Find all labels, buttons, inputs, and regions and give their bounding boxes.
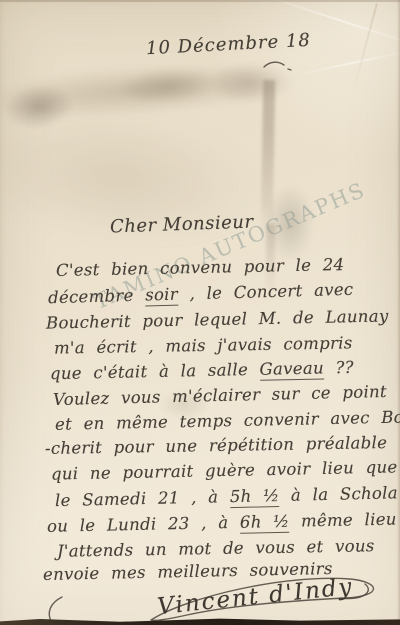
letter-line: décembre soir , le Concert avec xyxy=(48,280,354,308)
letter-line: m'a écrit , mais j'avais compris xyxy=(54,333,353,357)
letter-line: C'est bien convenu pour le 24 xyxy=(56,255,345,280)
letter-line-segment: même lieu . xyxy=(289,509,400,531)
letter-line-segment: décembre xyxy=(48,286,146,308)
letter-line-segment: m'a écrit , mais j'avais compris xyxy=(54,333,353,357)
letter-line-segment-underlined: 5h ½ xyxy=(230,486,280,508)
letter-photo: TAMINO AUTOGRAPHS 10 Décembre 18 Cher Mo… xyxy=(0,0,400,625)
letter-line-segment: à la Schola , xyxy=(279,483,400,505)
letter-line-segment: , le Concert avec xyxy=(178,280,354,304)
date-flourish xyxy=(262,56,294,72)
letter-line-segment-underlined: Gaveau xyxy=(259,358,324,380)
letter-line-segment-underlined: 6h ½ xyxy=(240,512,290,534)
letter-line-segment-underlined: soir xyxy=(145,285,178,307)
paper-edge-shadow xyxy=(0,0,400,2)
paper-stain xyxy=(115,64,221,107)
letter-line-segment: C'est bien convenu pour le 24 xyxy=(56,255,345,280)
letter-line-segment: ou le Lundi 23 , à xyxy=(47,513,240,536)
signature: Vincent d'Indy xyxy=(145,570,390,625)
letter-line: que c'était à la salle Gaveau ?? xyxy=(50,358,354,383)
letter-line-segment: le Samedi 21 , à xyxy=(55,487,230,510)
letter-line-segment: ?? xyxy=(324,358,354,378)
